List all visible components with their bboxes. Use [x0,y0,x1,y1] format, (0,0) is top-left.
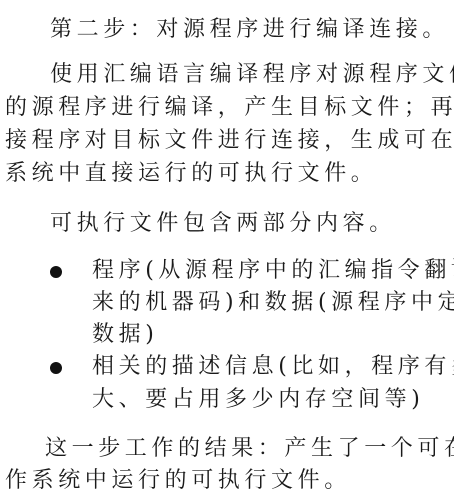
bullet-dot-icon [50,362,62,374]
paragraph-line: 系统中直接运行的可执行文件。 [5,161,377,187]
paragraph-line: 使用汇编语言编译程序对源程序文件中 [50,62,454,88]
bullet-line: 相关的描述信息(比如，程序有多 [92,354,454,380]
bullet-line: 来的机器码)和数据(源程序中定义的 [92,290,454,316]
paragraph-line: 接程序对目标文件进行连接，生成可在操作 [5,128,454,154]
paragraph-line: 的源程序进行编译，产生目标文件；再用连 [5,95,454,121]
paragraph-executable-contents: 可执行文件包含两部分内容。 [50,211,396,237]
paragraph-line: 这一步工作的结果：产生了一个可在操 [45,436,454,462]
bullet-line: 大、要占用多少内存空间等) [92,387,424,413]
bullet-line: 数据) [92,322,158,348]
bullet-line: 程序(从源程序中的汇编指令翻译过 [92,258,454,284]
paragraph-line: 作系统中运行的可执行文件。 [5,468,351,494]
step-heading: 第二步：对源程序进行编译连接。 [50,17,449,43]
bullet-dot-icon [50,266,62,278]
